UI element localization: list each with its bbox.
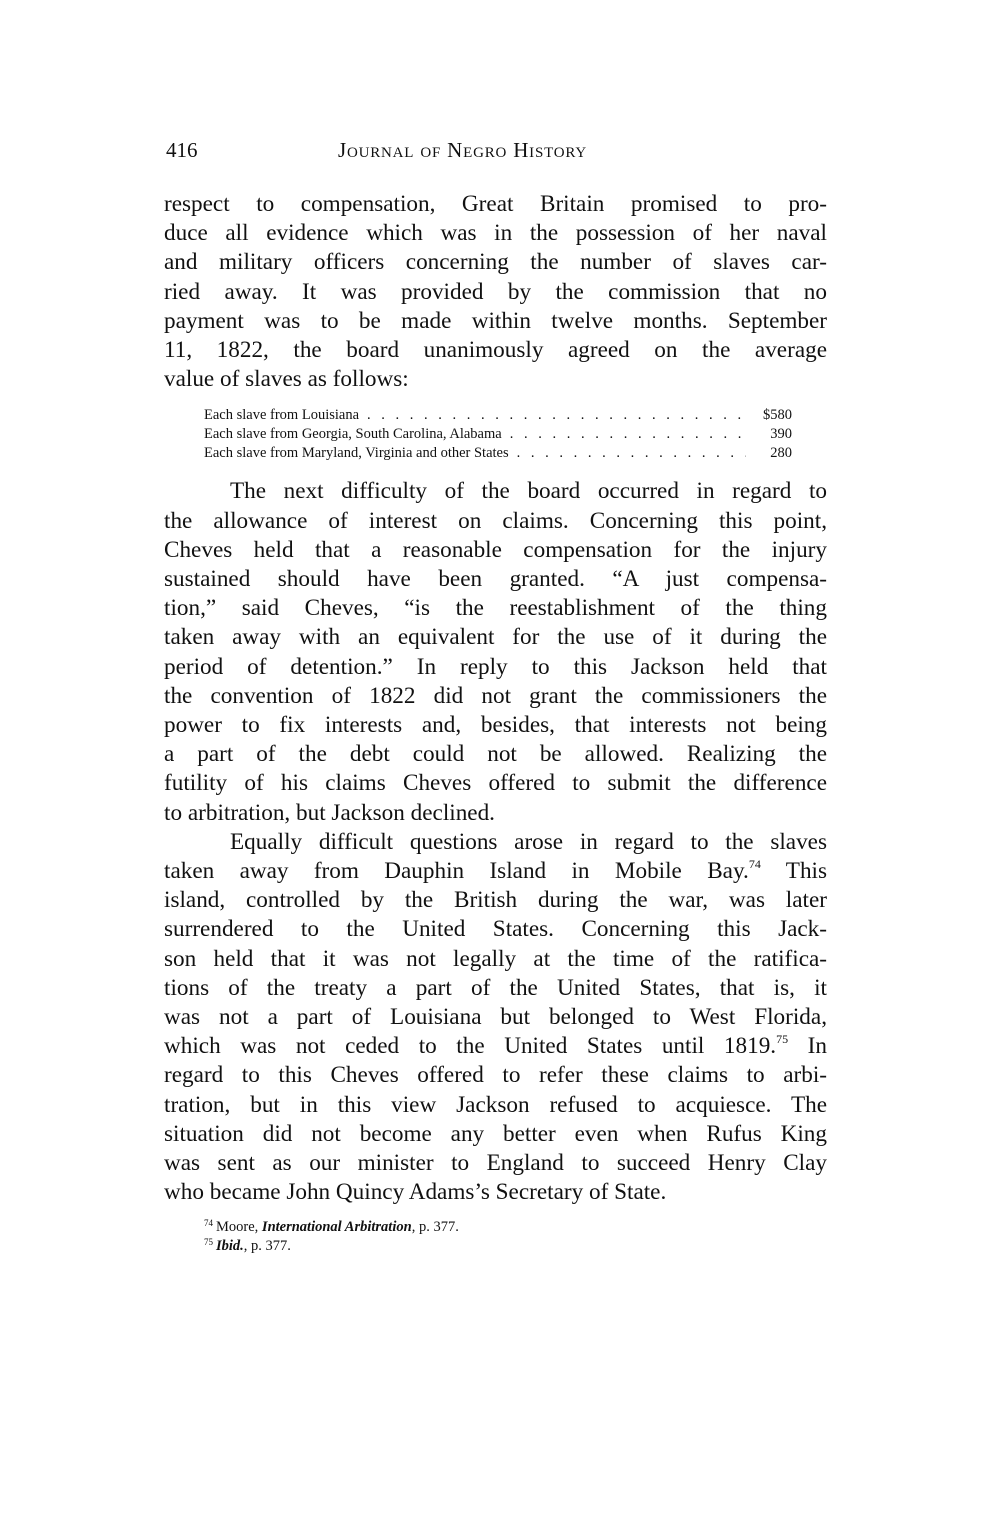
page-number: 416 xyxy=(166,138,198,163)
text-segment: In xyxy=(788,1033,827,1059)
body-text: respect to compensation, Great Britain p… xyxy=(164,190,827,1208)
row-label: Each slave from Maryland, Virginia and o… xyxy=(204,444,509,463)
text-line: power to fix interests and, besides, tha… xyxy=(164,711,827,740)
text-line: situation did not become any better even… xyxy=(164,1120,827,1149)
text-line: Equally difficult questions arose in reg… xyxy=(164,828,827,857)
table-row: Each slave from Louisiana $580 xyxy=(204,406,792,425)
text-line: surrendered to the United States. Concer… xyxy=(164,915,827,944)
footnote-page: , p. 377. xyxy=(244,1238,291,1254)
text-line: to arbitration, but Jackson declined. xyxy=(164,799,827,828)
table-row: Each slave from Maryland, Virginia and o… xyxy=(204,444,792,463)
text-line: the convention of 1822 did not grant the… xyxy=(164,682,827,711)
dot-leader xyxy=(517,444,746,463)
dot-leader xyxy=(367,406,746,425)
text-line: The next difficulty of the board occurre… xyxy=(164,477,827,506)
text-line: was sent as our minister to England to s… xyxy=(164,1149,827,1178)
text-line: tion,” said Cheves, “is the reestablishm… xyxy=(164,594,827,623)
footnote-number: 75 xyxy=(204,1237,213,1247)
footnote-title: Ibid. xyxy=(216,1238,244,1254)
text-line: futility of his claims Cheves offered to… xyxy=(164,769,827,798)
text-line: island, controlled by the British during… xyxy=(164,886,827,915)
text-segment: which was not ceded to the United States… xyxy=(164,1033,776,1059)
text-line: tions of the treaty a part of the United… xyxy=(164,974,827,1003)
text-line: sustained should have been granted. “A j… xyxy=(164,565,827,594)
text-segment: This xyxy=(761,858,827,884)
row-amount: $580 xyxy=(752,406,792,425)
footnote-number: 74 xyxy=(204,1218,213,1228)
footnote-75: 75Ibid., p. 377. xyxy=(204,1237,827,1256)
footnote-ref-74[interactable]: 74 xyxy=(749,857,761,871)
journal-page: 416 Journal of Negro History respect to … xyxy=(164,138,827,1256)
row-label: Each slave from Louisiana xyxy=(204,406,359,425)
footnotes: 74Moore, International Arbitration, p. 3… xyxy=(204,1218,827,1256)
text-line: son held that it was not legally at the … xyxy=(164,945,827,974)
table-row: Each slave from Georgia, South Carolina,… xyxy=(204,425,792,444)
footnote-page: , p. 377. xyxy=(412,1219,459,1235)
footnote-ref-75[interactable]: 75 xyxy=(776,1032,788,1046)
text-line: which was not ceded to the United States… xyxy=(164,1032,827,1061)
dot-leader xyxy=(510,425,746,444)
text-line: a part of the debt could not be allowed.… xyxy=(164,740,827,769)
text-line: duce all evidence which was in the posse… xyxy=(164,219,827,248)
text-line: Cheves held that a reasonable compensati… xyxy=(164,536,827,565)
slave-values-table: Each slave from Louisiana $580 Each slav… xyxy=(204,406,792,463)
row-label: Each slave from Georgia, South Carolina,… xyxy=(204,425,502,444)
text-line: tration, but in this view Jackson refuse… xyxy=(164,1091,827,1120)
row-amount: 280 xyxy=(752,444,792,463)
text-line: payment was to be made within twelve mon… xyxy=(164,307,827,336)
paragraph-compensation: respect to compensation, Great Britain p… xyxy=(164,190,827,394)
text-line: taken away from Dauphin Island in Mobile… xyxy=(164,857,827,886)
paragraph-interest: The next difficulty of the board occurre… xyxy=(164,477,827,827)
text-line: period of detention.” In reply to this J… xyxy=(164,653,827,682)
text-line: regard to this Cheves offered to refer t… xyxy=(164,1061,827,1090)
running-head: 416 Journal of Negro History xyxy=(164,138,827,168)
text-line: the allowance of interest on claims. Con… xyxy=(164,507,827,536)
footnote-title: International Arbitration xyxy=(262,1219,412,1235)
text-line: was not a part of Louisiana but belonged… xyxy=(164,1003,827,1032)
journal-title: Journal of Negro History xyxy=(338,138,587,163)
row-amount: 390 xyxy=(752,425,792,444)
text-line: who became John Quincy Adams’s Secretary… xyxy=(164,1178,827,1207)
text-line: and military officers concerning the num… xyxy=(164,248,827,277)
text-line: value of slaves as follows: xyxy=(164,365,827,394)
paragraph-dauphin-island: Equally difficult questions arose in reg… xyxy=(164,828,827,1208)
footnote-74: 74Moore, International Arbitration, p. 3… xyxy=(204,1218,827,1237)
text-line: respect to compensation, Great Britain p… xyxy=(164,190,827,219)
text-line: ried away. It was provided by the commis… xyxy=(164,278,827,307)
text-line: taken away with an equivalent for the us… xyxy=(164,623,827,652)
text-line: 11, 1822, the board unanimously agreed o… xyxy=(164,336,827,365)
text-segment: taken away from Dauphin Island in Mobile… xyxy=(164,858,749,884)
footnote-author: Moore, xyxy=(216,1219,262,1235)
